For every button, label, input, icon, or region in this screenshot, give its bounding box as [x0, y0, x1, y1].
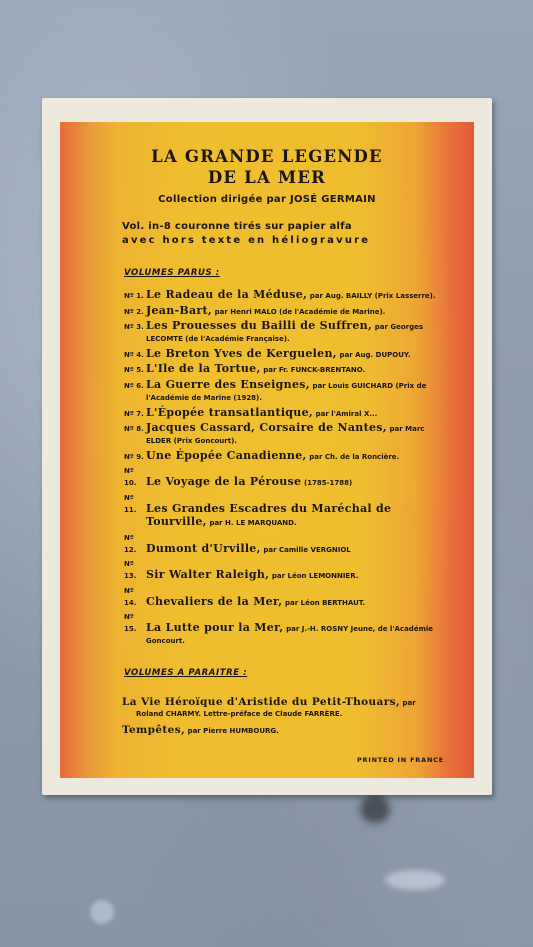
book-back-cover: LA GRANDE LEGENDE DE LA MER Collection d… [42, 98, 492, 795]
volume-item: Nº 8.Jacques Cassard, Corsaire de Nantes… [124, 422, 444, 447]
volume-item: Nº 5.L'Ile de la Tortue, par Fr. FUNCK-B… [124, 363, 444, 376]
upcoming-title: Tempêtes, [122, 724, 185, 736]
volume-title: Une Épopée Canadienne, [146, 449, 307, 462]
volume-author: par Henri MALO (de l'Académie de Marine)… [215, 308, 386, 316]
volume-item: Nº 1.Le Radeau de la Méduse, par Aug. BA… [124, 289, 444, 302]
collection-editor: Collection dirigée par JOSÉ GERMAIN [60, 194, 474, 205]
volume-item: Nº 3.Les Prouesses du Bailli de Suffren,… [124, 320, 444, 345]
volume-item: Nº 6.La Guerre des Enseignes, par Louis … [124, 379, 444, 404]
volume-item: Nº 12.Dumont d'Urville, par Camille VERG… [124, 532, 444, 556]
format-line1: Vol. in-8 couronne tirés sur papier alfa [122, 220, 446, 234]
upcoming-author: par Pierre HUMBOURG. [188, 727, 279, 735]
volume-item: Nº 2.Jean-Bart, par Henri MALO (de l'Aca… [124, 305, 444, 318]
volume-item: Nº 10.Le Voyage de la Pérouse (1785-1788… [124, 465, 444, 489]
volume-author: par Camille VERGNIOL [263, 546, 350, 554]
volume-title: Les Prouesses du Bailli de Suffren, [146, 319, 372, 332]
volume-item: Nº 4.Le Breton Yves de Kerguelen, par Au… [124, 348, 444, 361]
volume-title: Jean-Bart, [146, 304, 212, 317]
volume-title: Dumont d'Urville, [146, 542, 261, 555]
background-stain [385, 870, 445, 890]
volume-number: Nº 14. [124, 585, 146, 609]
volume-title: Chevaliers de la Mer, [146, 595, 282, 608]
volume-number: Nº 4. [124, 349, 146, 361]
published-volumes-list: Nº 1.Le Radeau de la Méduse, par Aug. BA… [124, 289, 444, 650]
volume-number: Nº 3. [124, 321, 146, 333]
volume-author: par l'Amiral X... [316, 410, 378, 418]
volume-number: Nº 12. [124, 532, 146, 556]
printed-in-france: PRINTED IN FRANCE [357, 756, 444, 764]
volume-item: Nº 11.Les Grandes Escadres du Maréchal d… [124, 492, 444, 529]
volume-number: Nº 13. [124, 558, 146, 582]
upcoming-item: La Vie Héroïque d'Aristide du Petit-Thou… [122, 697, 444, 720]
volume-number: Nº 9. [124, 451, 146, 463]
volume-number: Nº 2. [124, 306, 146, 318]
volume-number: Nº 6. [124, 380, 146, 392]
volume-title: Le Radeau de la Méduse, [146, 288, 307, 301]
volume-title: La Lutte pour la Mer, [146, 621, 284, 634]
volume-number: Nº 11. [124, 492, 146, 516]
volume-author: par Léon BERTHAUT. [285, 599, 365, 607]
format-line2: avec hors texte en héliogravure [122, 234, 446, 248]
volume-title: Le Voyage de la Pérouse [146, 475, 301, 488]
series-title: LA GRANDE LEGENDE DE LA MER [60, 146, 474, 188]
volume-item: Nº 9.Une Épopée Canadienne, par Ch. de l… [124, 450, 444, 463]
volume-author: par Fr. FUNCK-BRENTANO. [263, 366, 365, 374]
series-title-line1: LA GRANDE LEGENDE [60, 146, 474, 167]
upcoming-volumes-list: La Vie Héroïque d'Aristide du Petit-Thou… [122, 697, 444, 742]
volume-item: Nº 7.L'Épopée transatlantique, par l'Ami… [124, 407, 444, 420]
cover-panel: LA GRANDE LEGENDE DE LA MER Collection d… [60, 122, 474, 778]
volume-author: par Léon LEMONNIER. [272, 572, 359, 580]
volume-author: par Aug. BAILLY (Prix Lasserre). [310, 292, 436, 300]
volume-title: L'Épopée transatlantique, [146, 406, 313, 419]
volume-title: Jacques Cassard, Corsaire de Nantes, [146, 421, 387, 434]
volume-title: Sir Walter Raleigh, [146, 568, 269, 581]
volume-item: Nº 13.Sir Walter Raleigh, par Léon LEMON… [124, 558, 444, 582]
volume-number: Nº 5. [124, 364, 146, 376]
series-title-line2: DE LA MER [60, 167, 474, 188]
background-stain [90, 900, 114, 924]
volume-author: par Ch. de la Roncière. [309, 453, 399, 461]
published-volumes-heading: VOLUMES PARUS : [124, 268, 220, 278]
background-stain [360, 795, 390, 823]
volume-title: L'Ile de la Tortue, [146, 362, 261, 375]
volume-number: Nº 15. [124, 611, 146, 635]
volume-item: Nº 14.Chevaliers de la Mer, par Léon BER… [124, 585, 444, 609]
volume-number: Nº 10. [124, 465, 146, 489]
cover-content: LA GRANDE LEGENDE DE LA MER Collection d… [60, 122, 474, 778]
volume-author: (1785-1788) [304, 479, 352, 487]
format-description: Vol. in-8 couronne tirés sur papier alfa… [122, 220, 446, 248]
volume-author: par H. LE MARQUAND. [209, 519, 296, 527]
volume-title: La Guerre des Enseignes, [146, 378, 310, 391]
upcoming-item: Tempêtes, par Pierre HUMBOURG. [122, 725, 444, 737]
upcoming-volumes-heading: VOLUMES A PARAITRE : [124, 668, 247, 678]
upcoming-title: La Vie Héroïque d'Aristide du Petit-Thou… [122, 696, 400, 708]
volume-author: par Aug. DUPOUY. [340, 351, 411, 359]
volume-number: Nº 8. [124, 423, 146, 435]
volume-number: Nº 1. [124, 290, 146, 302]
volume-item: Nº 15.La Lutte pour la Mer, par J.-H. RO… [124, 611, 444, 647]
volume-title: Le Breton Yves de Kerguelen, [146, 347, 337, 360]
volume-number: Nº 7. [124, 408, 146, 420]
